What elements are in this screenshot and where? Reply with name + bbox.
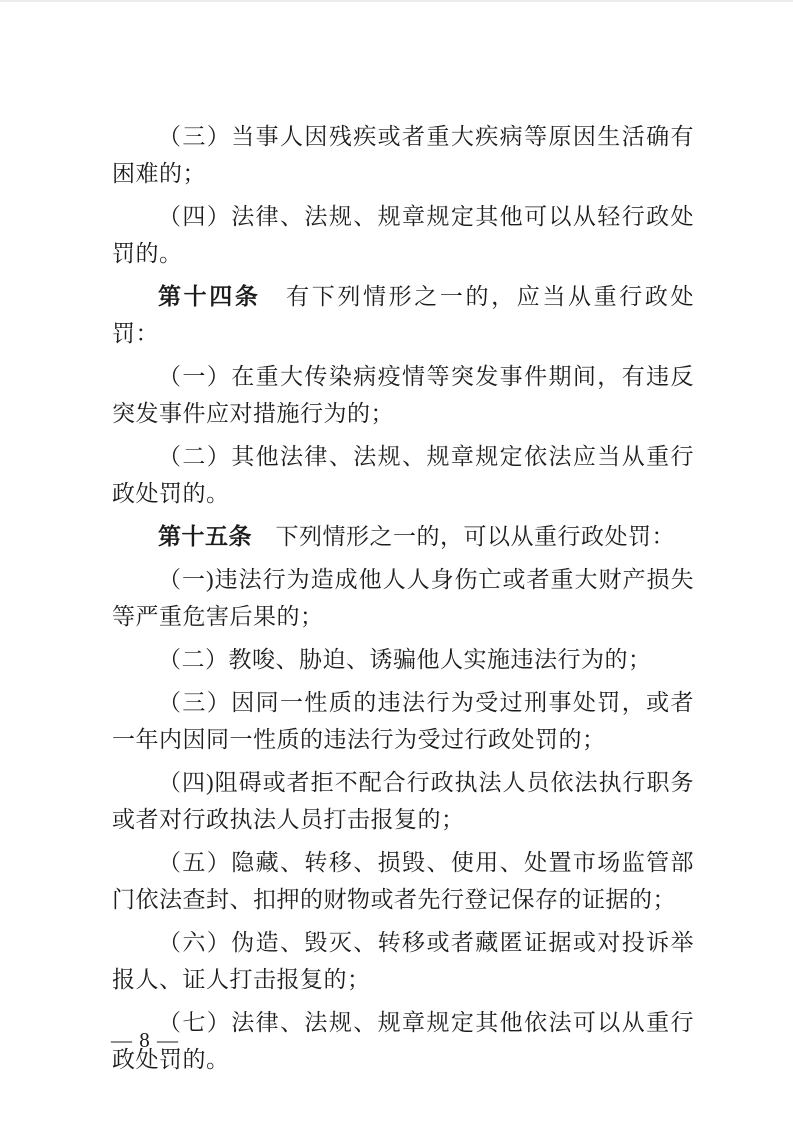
paragraph-text: （一)违法行为造成他人人身伤亡或者重大财产损失等严重危害后果的； xyxy=(112,567,694,629)
paragraph-text: （三）因同一性质的违法行为受过刑事处罚，或者一年内因同一性质的违法行为受过行政处… xyxy=(112,690,694,752)
paragraph: （五）隐藏、转移、损毁、使用、处置市场监管部门依法查封、扣押的财物或者先行登记保… xyxy=(112,844,694,918)
paragraph-text: （二）教唆、胁迫、诱骗他人实施违法行为的； xyxy=(158,647,652,672)
paragraph: （七）法律、法规、规章规定其他依法可以从重行政处罚的。 xyxy=(112,1004,694,1078)
article-paragraph: 第十五条 下列情形之一的，可以从重行政处罚： xyxy=(112,518,694,555)
paragraph: （二）教唆、胁迫、诱骗他人实施违法行为的； xyxy=(112,641,694,678)
paragraph-text: （五）隐藏、转移、损毁、使用、处置市场监管部门依法查封、扣押的财物或者先行登记保… xyxy=(112,850,694,912)
paragraph: （一)违法行为造成他人人身伤亡或者重大财产损失等严重危害后果的； xyxy=(112,561,694,635)
article-number: 第十五条 xyxy=(158,524,252,549)
paragraph: （三）因同一性质的违法行为受过刑事处罚，或者一年内因同一性质的违法行为受过行政处… xyxy=(112,684,694,758)
paragraph-text: （三）当事人因残疾或者重大疾病等原因生活确有困难的； xyxy=(112,124,694,186)
paragraph-text: （七）法律、法规、规章规定其他依法可以从重行政处罚的。 xyxy=(112,1010,694,1072)
paragraph-text: （四）法律、法规、规章规定其他可以从轻行政处罚的。 xyxy=(112,204,694,266)
page-footer: — 8 — xyxy=(111,1028,179,1053)
paragraph-text: （一）在重大传染病疫情等突发事件期间，有违反突发事件应对措施行为的； xyxy=(112,364,694,426)
article-number: 第十四条 xyxy=(158,284,261,309)
document-body: （三）当事人因残疾或者重大疾病等原因生活确有困难的；（四）法律、法规、规章规定其… xyxy=(112,118,694,1084)
paragraph: （三）当事人因残疾或者重大疾病等原因生活确有困难的； xyxy=(112,118,694,192)
paragraph: （四)阻碍或者拒不配合行政执法人员依法执行职务或者对行政执法人员打击报复的； xyxy=(112,764,694,838)
paragraph: （四）法律、法规、规章规定其他可以从轻行政处罚的。 xyxy=(112,198,694,272)
paragraph: （六）伪造、毁灭、转移或者藏匿证据或对投诉举报人、证人打击报复的； xyxy=(112,924,694,998)
paragraph-text: （六）伪造、毁灭、转移或者藏匿证据或对投诉举报人、证人打击报复的； xyxy=(112,930,694,992)
paragraph-text: （四)阻碍或者拒不配合行政执法人员依法执行职务或者对行政执法人员打击报复的； xyxy=(112,770,694,832)
paragraph: （二）其他法律、法规、规章规定依法应当从重行政处罚的。 xyxy=(112,438,694,512)
paragraph-text: （二）其他法律、法规、规章规定依法应当从重行政处罚的。 xyxy=(112,444,694,506)
document-page: （三）当事人因残疾或者重大疾病等原因生活确有困难的；（四）法律、法规、规章规定其… xyxy=(0,0,793,1124)
page-number: — 8 — xyxy=(111,1028,179,1052)
paragraph-text: 下列情形之一的，可以从重行政处罚： xyxy=(252,524,675,549)
article-paragraph: 第十四条 有下列情形之一的，应当从重行政处罚： xyxy=(112,278,694,352)
paragraph: （一）在重大传染病疫情等突发事件期间，有违反突发事件应对措施行为的； xyxy=(112,358,694,432)
